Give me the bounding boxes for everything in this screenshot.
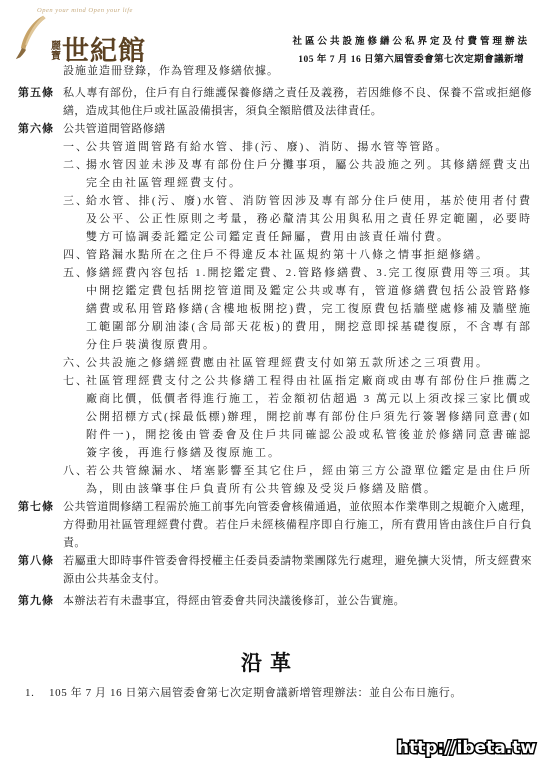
list-item: 八、 若公共管線漏水、堵塞影響至其它住戶，經由第三方公證單位鑑定是由住戶所為，則…: [63, 462, 532, 498]
list-item: 一、 公共管道間管路有給水管、排(污、廢)、消防、揚水管等管路。: [63, 138, 532, 156]
article-5-label: 第五條: [18, 84, 54, 102]
article-6-label: 第六條: [18, 120, 54, 138]
document-header: 社區公共設施修繕公私界定及付費管理辦法 105 年 7 月 16 日第六屆管委會…: [292, 33, 530, 65]
logo-tagline: Open your mind Open your life: [37, 7, 165, 14]
article-8: 第八條 若屬重大即時事件管委會得授權主任委員委請物業團隊先行處理，避免擴大災情，…: [0, 552, 532, 588]
article-6: 第六條 公共管道間管路修繕 一、 公共管道間管路有給水管、排(污、廢)、消防、揚…: [0, 120, 532, 498]
history-section-title: 沿革: [0, 654, 532, 672]
article-5: 第五條 私人專有部份，住戶有自行維護保養修繕之責任及義務，若因維修不良、保養不當…: [0, 84, 532, 120]
logo-brand-small: 麗 寶: [51, 42, 61, 62]
article-7-text: 公共管道間修繕工程需於施工前事先向管委會核備通過，並依照本作業準則之規範介入處理…: [63, 498, 532, 552]
intro-line: 設施並造冊登錄，作為管理及修繕依據。: [63, 62, 532, 80]
article-5-text: 私人專有部份，住戶有自行維護保養修繕之責任及義務，若因維修不良、保養不當或拒絕修…: [63, 84, 532, 120]
history-list: 1. 105 年 7 月 16 日第六屆管委會第七次定期會議新增管理辦法：並自公…: [25, 684, 532, 702]
logo-brand-large: 世紀館: [62, 38, 146, 65]
list-item: 四、 管路漏水點所在之住戶不得違反本社區規約第十八條之情事拒絕修繕。: [63, 246, 532, 264]
watermark: http://ibeta.tw: [386, 734, 538, 765]
article-7: 第七條 公共管道間修繕工程需於施工前事先向管委會核備通過，並依照本作業準則之規範…: [0, 498, 532, 552]
article-9-text: 本辦法若有未盡事宜，得經由管委會共同決議後修訂，並公告實施。: [63, 592, 532, 610]
document-title: 社區公共設施修繕公私界定及付費管理辦法: [292, 33, 530, 47]
feather-quill-icon: [15, 14, 49, 65]
article-7-label: 第七條: [18, 498, 54, 516]
document-body: 設施並造冊登錄，作為管理及修繕依據。 第五條 私人專有部份，住戶有自行維護保養修…: [0, 62, 532, 702]
article-9-label: 第九條: [18, 592, 54, 610]
list-item: 二、 揚水管因並未涉及專有部份住戶分攤事項，屬公共設施之列。其修繕經費支出完全由…: [63, 156, 532, 192]
list-item: 五、 修繕經費內容包括 1.開挖鑑定費、2.管路修繕費、3.完工復原費用等三項。…: [63, 264, 532, 354]
history-item: 1. 105 年 7 月 16 日第六屆管委會第七次定期會議新增管理辦法：並自公…: [25, 684, 532, 702]
logo: Open your mind Open your life 麗 寶 世紀館: [15, 7, 165, 65]
article-8-text: 若屬重大即時事件管委會得授權主任委員委請物業團隊先行處理，避免擴大災情，所支經費…: [63, 552, 532, 588]
article-6-items: 一、 公共管道間管路有給水管、排(污、廢)、消防、揚水管等管路。 二、 揚水管因…: [63, 138, 532, 498]
list-item: 三、 給水管、排(污、廢)水管、消防管因涉及專有部分住戶使用，基於使用者付費及公…: [63, 192, 532, 246]
article-9: 第九條 本辦法若有未盡事宜，得經由管委會共同決議後修訂，並公告實施。: [0, 592, 532, 610]
watermark-text: http://ibeta.tw: [397, 738, 536, 758]
document-page: Open your mind Open your life 麗 寶 世紀館 社區…: [0, 0, 543, 768]
article-8-label: 第八條: [18, 552, 54, 570]
article-6-text: 公共管道間管路修繕: [63, 120, 532, 138]
list-item: 六、 公共設施之修繕經費應由社區管理經費支付如第五款所述之三項費用。: [63, 354, 532, 372]
list-item: 七、 社區管理經費支付之公共修繕工程得由社區指定廠商或由專有部份住戶推薦之廠商比…: [63, 372, 532, 462]
